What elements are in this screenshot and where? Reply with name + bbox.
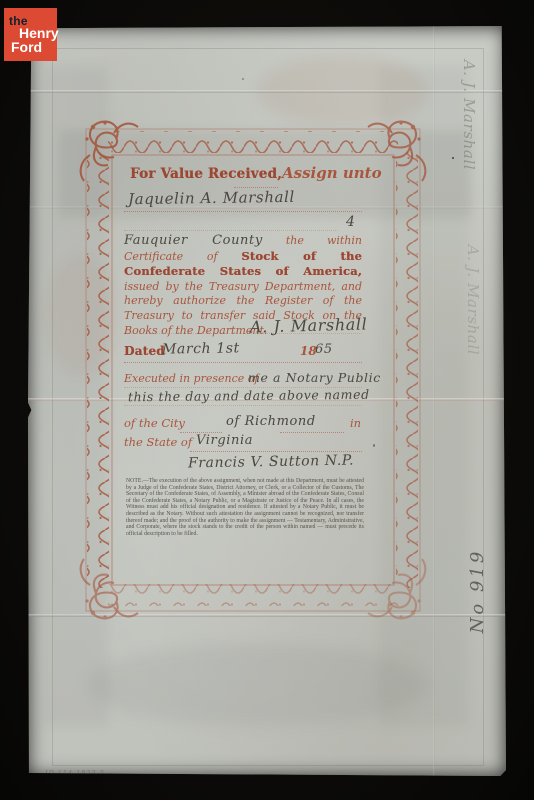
writing-line — [124, 404, 362, 406]
writing-line — [280, 431, 344, 433]
writing-line — [124, 210, 362, 212]
photo-of-certificate: For Value Received, Assign unto Jaquelin… — [0, 0, 534, 800]
paper-speck — [373, 444, 375, 447]
handwritten-date: March 1st — [162, 340, 240, 357]
signature-notary: Francis V. Sutton N.P. — [188, 453, 354, 472]
certificate-paper: For Value Received, Assign unto Jaquelin… — [28, 26, 506, 776]
printed-executed-in-presence: Executed in presence of — [124, 372, 258, 385]
handwritten-notary-line1: me a Notary Public — [248, 370, 381, 385]
logo-text-ford: Ford — [11, 40, 42, 54]
catalog-number: ID.114.1822.5 — [45, 769, 105, 777]
handwritten-notary-line2: this the day and date above named — [128, 387, 370, 405]
paper-speck — [242, 78, 244, 80]
printed-the-state-of: the State of — [124, 435, 192, 449]
handwritten-city: of Richmond — [226, 414, 316, 429]
handwritten-year-suffix: 65 — [315, 342, 333, 357]
docket-name-middle: A. J. Marshall — [462, 210, 482, 390]
handwritten-state: Virginia — [196, 433, 253, 448]
printed-dated: Dated — [124, 344, 165, 358]
henry-ford-logo: the Henry Ford — [4, 8, 57, 61]
writing-line — [190, 450, 362, 452]
printed-for-value-received: For Value Received, — [130, 166, 282, 182]
paper-speck — [452, 157, 454, 159]
printed-in: in — [350, 416, 361, 430]
printed-note-fine-print: NOTE.—The execution of the above assignm… — [126, 478, 364, 537]
printed-of-the-city: of the City — [124, 416, 185, 430]
writing-line — [124, 361, 362, 363]
docket-number: No 919 — [467, 451, 489, 731]
signature-assignor: A. J. Marshall — [250, 314, 368, 336]
handwritten-county: Fauquier County — [124, 233, 263, 248]
printed-assign-unto: Assign unto — [282, 164, 382, 182]
handwritten-share-mark: 4 — [346, 214, 356, 230]
docket-name-top: A. J. Marshall — [458, 25, 478, 205]
writing-line — [124, 229, 338, 231]
handwritten-assignee: Jaquelin A. Marshall — [128, 188, 295, 208]
logo-text-henry: Henry — [19, 26, 59, 40]
